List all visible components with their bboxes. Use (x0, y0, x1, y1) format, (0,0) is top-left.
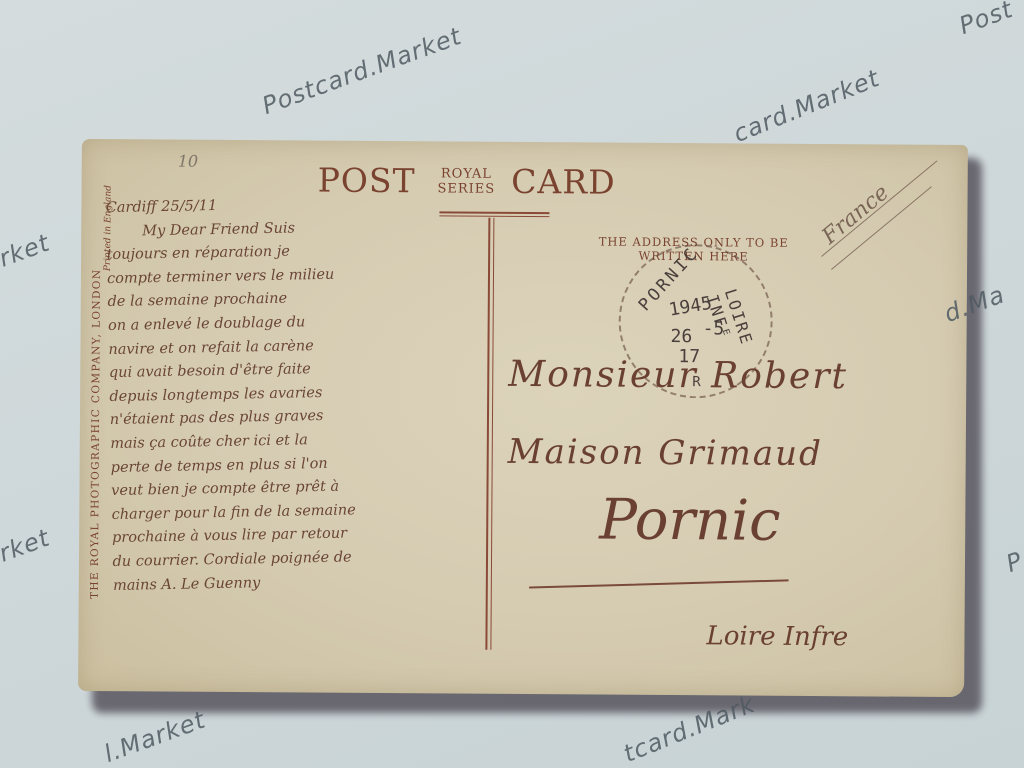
header-card: CARD (511, 162, 616, 202)
watermark-text: arket (0, 229, 54, 278)
postmark-day: 26 (670, 326, 692, 347)
watermark-text: card.Market (730, 64, 884, 148)
postcard: 10 POST ROYAL SERIES CARD THE ROYAL PHOT… (78, 139, 968, 697)
country-text: France (817, 180, 893, 249)
watermark-text: P (1002, 546, 1024, 578)
recipient-city: Pornic (599, 488, 781, 554)
country-underline (821, 160, 937, 256)
recipient-department: Loire Infre (706, 621, 848, 652)
pencil-number: 10 (178, 152, 198, 171)
header-royal: ROYAL (441, 166, 492, 181)
city-underline (529, 579, 789, 588)
watermark-text: Postcard.Market (258, 22, 465, 120)
handwritten-message: Cardiff 25/5/11 My Dear Friend Suis touj… (106, 190, 499, 598)
recipient-place: Maison Grimaud (508, 432, 823, 474)
postmark-department: LOIRE INFᴱ (703, 287, 757, 354)
watermark-text: arket (0, 524, 54, 573)
recipient-name: Monsieur Robert (508, 354, 848, 397)
watermark-text: Post (955, 0, 1016, 40)
watermark-text: l.Market (100, 706, 209, 768)
